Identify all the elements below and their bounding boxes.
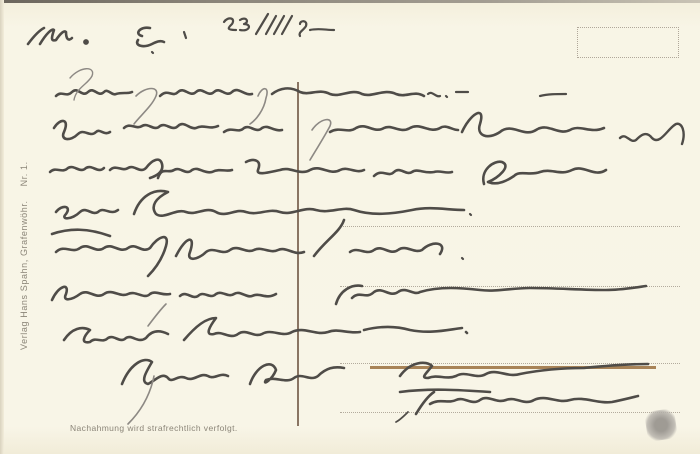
hw-date-strokes (224, 14, 334, 36)
postcard: Verlag Hans Spahn, Grafenwöhr.Nr. 1. Nac… (0, 0, 700, 454)
hw-line-4-strokes (56, 191, 471, 218)
hw-line-8-strokes (122, 360, 648, 424)
hw-line-2-strokes (54, 113, 684, 160)
hw-signature-strokes (396, 390, 638, 422)
hw-line-1-strokes (56, 69, 566, 124)
handwriting-strokes (0, 0, 700, 454)
hw-line-6-strokes (52, 286, 646, 304)
hw-salutation (28, 28, 186, 53)
hw-line-7-strokes (64, 304, 467, 342)
hw-line-5-strokes (52, 220, 463, 276)
hw-line-3-strokes (50, 160, 606, 184)
